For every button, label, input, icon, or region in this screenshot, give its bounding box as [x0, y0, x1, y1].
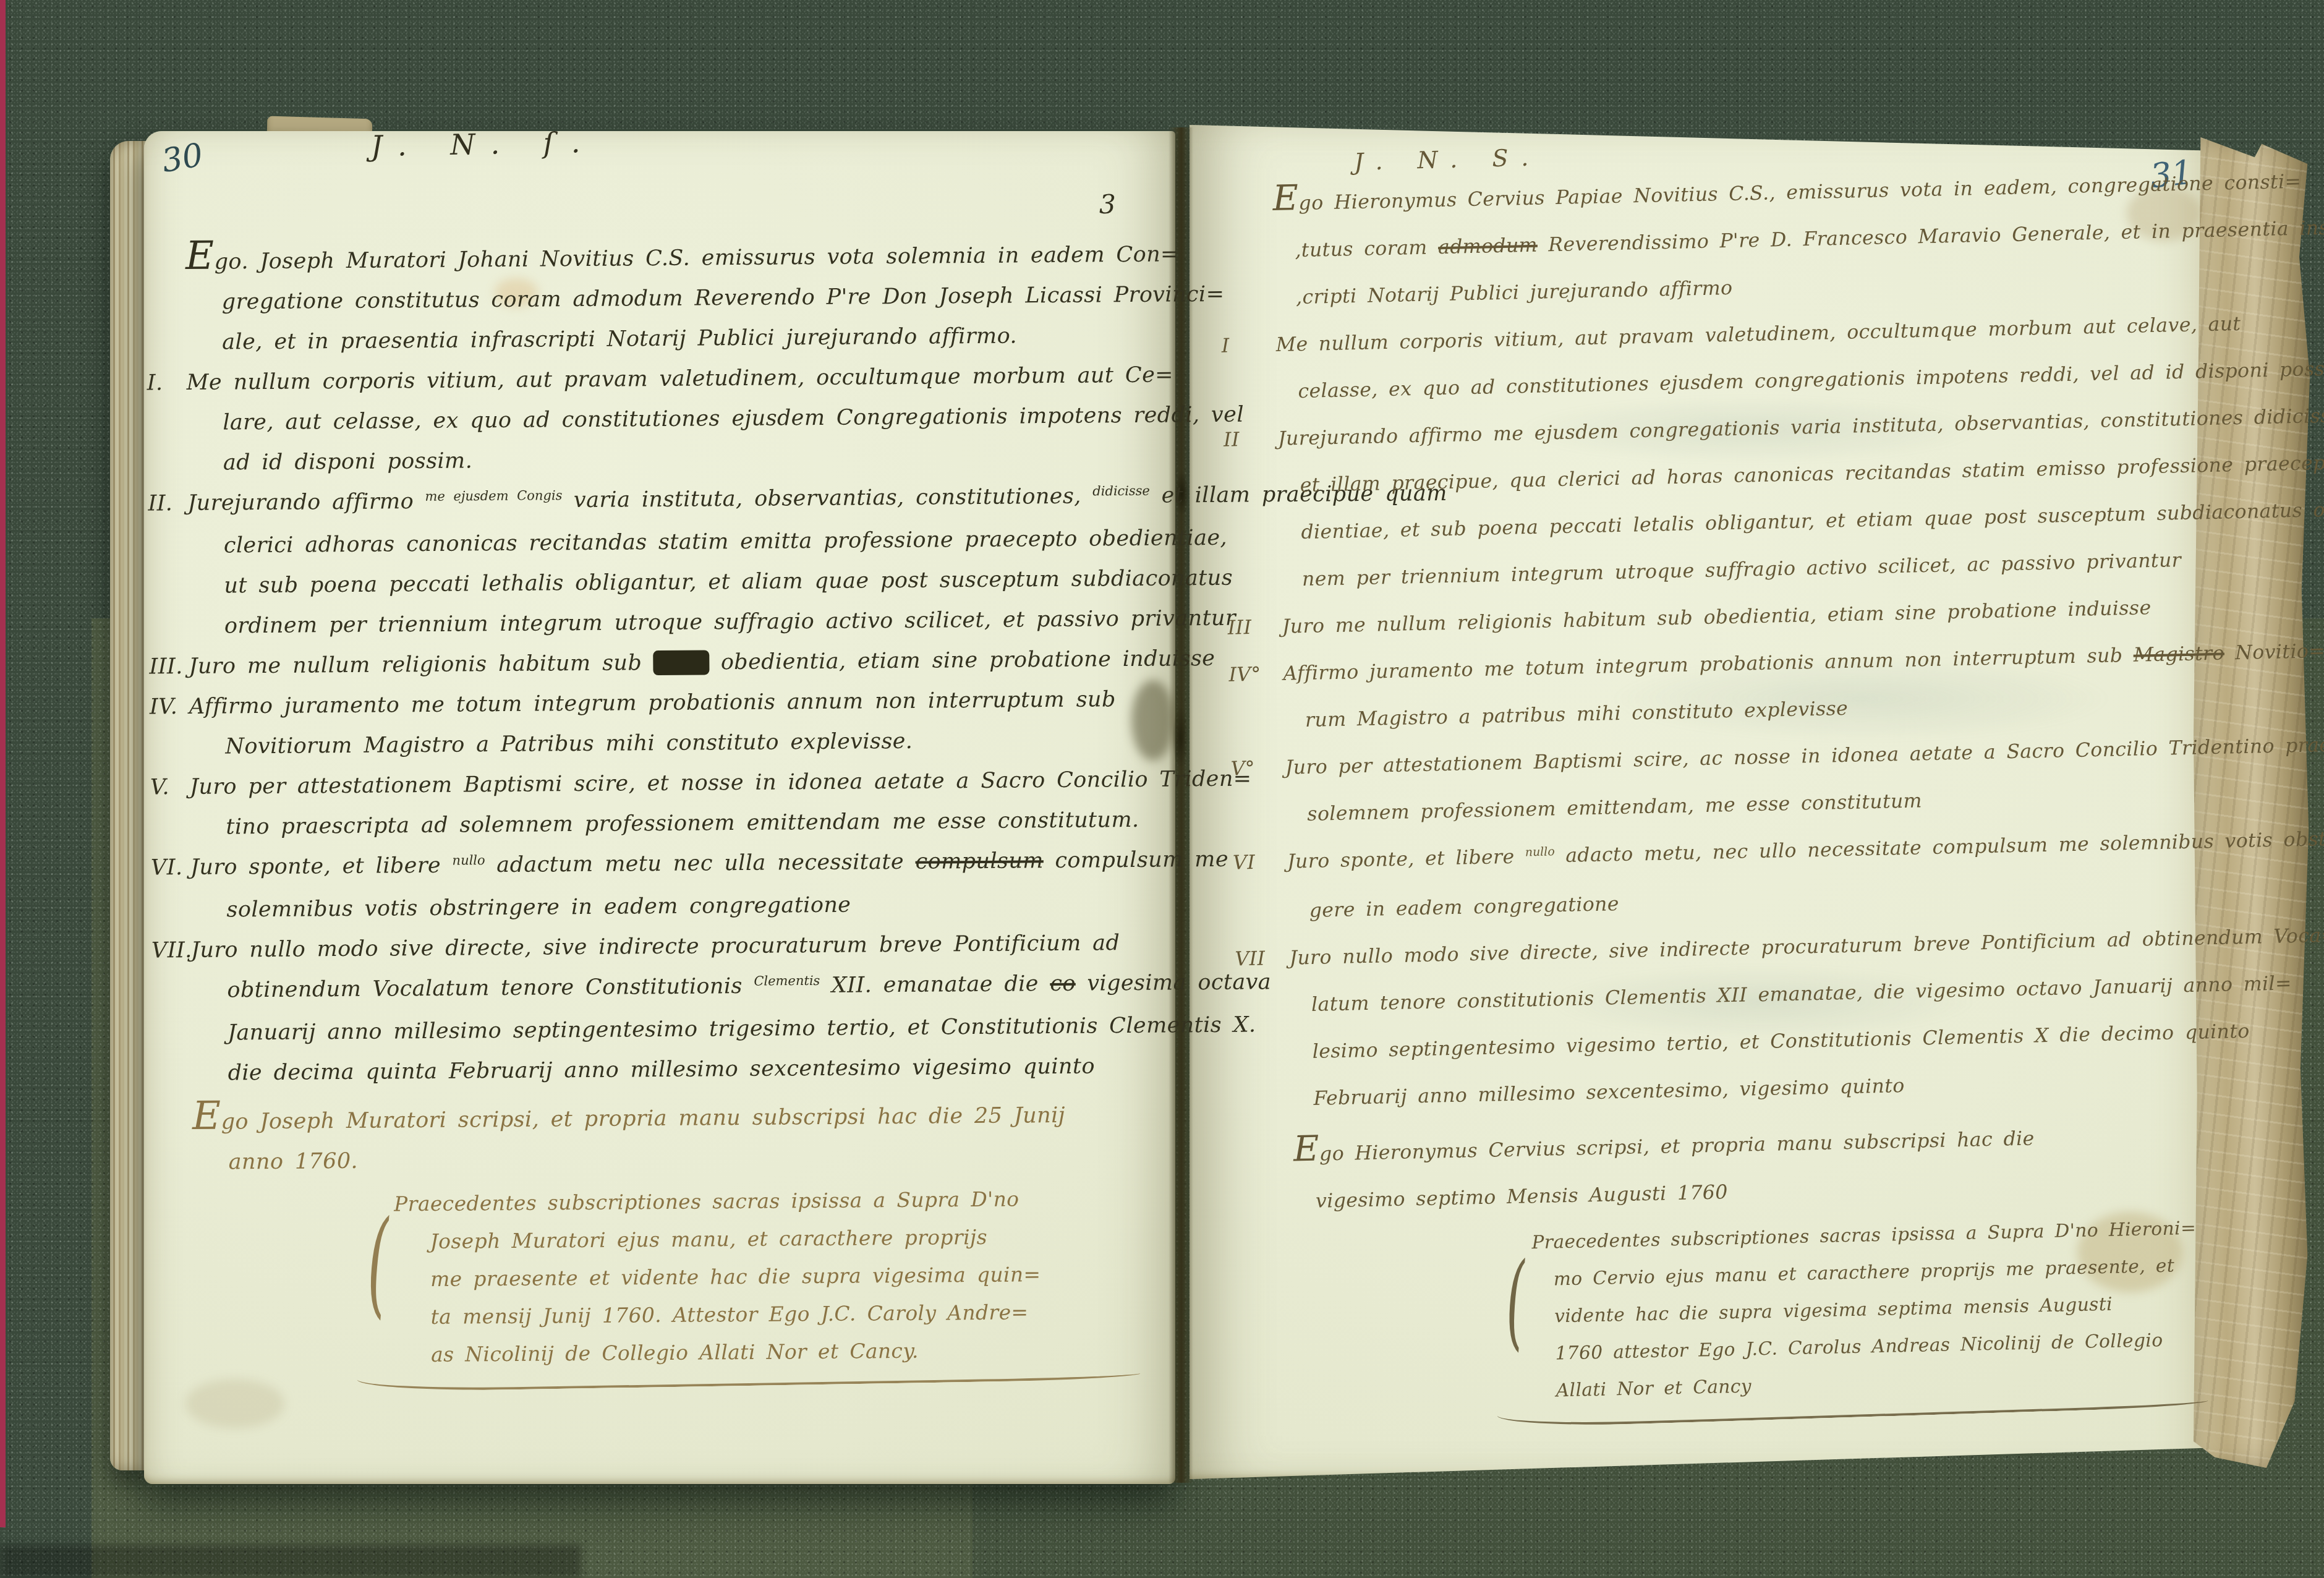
oath-preamble: Ego. Joseph Muratori Johani Novitius C.S… [185, 235, 1151, 363]
bottom-left-shadow [0, 1545, 581, 1578]
vow-item: I.Me nullum corporis vitium, aut pravam … [187, 356, 1152, 484]
manuscript-line: me praesente et vidente hac die supra vi… [430, 1255, 1158, 1298]
notary-attestation: Praecedentes subscriptiones sacras ipsis… [1531, 1209, 2226, 1409]
oath-preamble: Ego Hieronymus Cervius Papiae Novitius C… [1272, 160, 2203, 322]
item-numeral: IV. [150, 687, 178, 727]
notary-attestation: Praecedentes subscriptiones sacras ipsis… [394, 1179, 1159, 1374]
manuscript-line: Juro me nullum religionis habitum sub su… [189, 639, 1153, 687]
item-numeral: III. [149, 647, 183, 687]
item-numeral: II [1223, 416, 1240, 464]
vow-item: VII.Juro nullo modo sive directe, sive i… [191, 923, 1157, 1094]
vow-item: III.Juro me nullum religionis habitum su… [189, 639, 1153, 687]
interlinear-insertion: Clementis [754, 961, 820, 1002]
item-numeral: IV° [1228, 651, 1262, 699]
page-30-text: Ego. Joseph Muratori Johani Novitius C.S… [185, 235, 1159, 1375]
manuscript-line: Juro sponte, et libere nullo adactum met… [190, 840, 1155, 890]
interlinear-insertion: nullo [1525, 828, 1555, 876]
manuscript-line: solemnibus votis obstringere in eadem co… [226, 883, 1155, 931]
manuscript-line: ut sub poena peccati lethalis obligantur… [224, 559, 1152, 607]
item-numeral: VII. [151, 931, 192, 971]
vow-item: VI.Juro sponte, et libere nullo adactum … [190, 840, 1156, 931]
manuscript-line: clerici adhoras canonicas recitandas sta… [224, 519, 1152, 566]
page-31-text: Ego Hieronymus Cervius Papiae Novitius C… [1272, 160, 2226, 1414]
item-numeral: II. [148, 484, 172, 524]
manuscript-line: Juro nullo modo sive directe, sive indir… [191, 923, 1156, 971]
manuscript-line: ale, et in praesentia infrascripti Notar… [222, 315, 1151, 363]
invocation-left: J. N. ſ. [371, 126, 598, 163]
struck-word: co [1050, 971, 1076, 996]
interlinear-insertion: me ejusdem Congis [425, 476, 562, 517]
item-numeral: V° [1230, 745, 1256, 793]
novice-subscription: Ego Hieronymus Cervius scripsi, et propr… [1293, 1111, 2223, 1226]
item-numeral: III [1227, 604, 1252, 652]
vow-item: IV.Affirmo juramento me totum integrum p… [189, 680, 1154, 767]
vow-item: VIIJuro nullo modo sive directe, sive in… [1289, 915, 2220, 1123]
manuscript-line: ordinem per triennium integrum utroque s… [224, 599, 1153, 647]
left-page-edge-stack [110, 141, 146, 1470]
vow-item: IIJurejurando affirmo me ejusdem congreg… [1277, 395, 2208, 603]
item-numeral: I [1221, 323, 1230, 370]
folio-number-30: 30 [159, 137, 206, 181]
manuscript-line: Jurejurando affirmo me ejusdem Congis va… [187, 476, 1152, 526]
manuscript-line: tino praescripta ad solemnem professione… [226, 800, 1154, 848]
item-numeral: I. [147, 363, 163, 403]
interlinear-insertion: didicisse [1092, 471, 1150, 512]
item-numeral: V. [150, 767, 170, 808]
item-numeral: VI. [151, 848, 183, 888]
manuscript-line: ta mensij Junij 1760. Attestor Ego J.C. … [430, 1292, 1158, 1336]
manuscript-line: gregatione constitutus coram admodum Rev… [222, 275, 1151, 323]
manuscript-line: Joseph Muratori ejus manu, et caracthere… [430, 1217, 1157, 1260]
ink-blot: sua [653, 650, 710, 675]
scan-edge-red-strip [0, 0, 6, 1527]
struck-word: compulsum [915, 848, 1044, 874]
item-numeral: VII [1235, 936, 1266, 983]
novice-subscription: Ego Joseph Muratori scripsi, et propria … [192, 1095, 1157, 1183]
manuscript-scan: 30 31 J. N. ſ. J. N. S. 3 Ego. Joseph Mu… [0, 0, 2324, 1578]
interlinear-insertion: nullo [452, 840, 485, 881]
manuscript-line: ad id disponi possim. [223, 436, 1152, 484]
manuscript-line: Juro per attestationem Baptismi scire, e… [190, 760, 1154, 808]
struck-word: Magistro [2133, 642, 2224, 667]
manuscript-line: Ego Joseph Muratori scripsi, et propria … [192, 1095, 1157, 1143]
item-numeral: VI [1232, 839, 1256, 887]
manuscript-line: as Nicolinij de Collegio Allati Nor et C… [431, 1330, 1159, 1373]
marginal-flourish: 3 [1099, 189, 1116, 220]
manuscript-line: die decima quinta Februarij anno millesi… [228, 1046, 1156, 1094]
manuscript-line: Praecedentes subscriptiones sacras ipsis… [394, 1179, 1157, 1223]
vow-item: V.Juro per attestationem Baptismi scire,… [190, 760, 1155, 848]
book-gutter [1168, 127, 1193, 1483]
manuscript-line: anno 1760. [228, 1135, 1157, 1183]
vow-item: II.Jurejurando affirmo me ejusdem Congis… [187, 476, 1153, 647]
manuscript-line: Novitiorum Magistro a Patribus mihi cons… [225, 720, 1154, 767]
invocation-right: J. N. S. [1353, 143, 1542, 176]
manuscript-line: Januarij anno millesimo septingentesimo … [228, 1006, 1156, 1054]
manuscript-line: Me nullum corporis vitium, aut pravam va… [187, 356, 1151, 403]
manuscript-line: obtinendum Vocalatum tenore Constitution… [227, 963, 1156, 1013]
struck-word: admodum [1438, 234, 1538, 259]
manuscript-line: Ego. Joseph Muratori Johani Novitius C.S… [185, 235, 1150, 283]
manuscript-line: lare, aut celasse, ex quo ad constitutio… [223, 396, 1151, 443]
manuscript-line: Affirmo juramento me totum integrum prob… [189, 680, 1154, 727]
